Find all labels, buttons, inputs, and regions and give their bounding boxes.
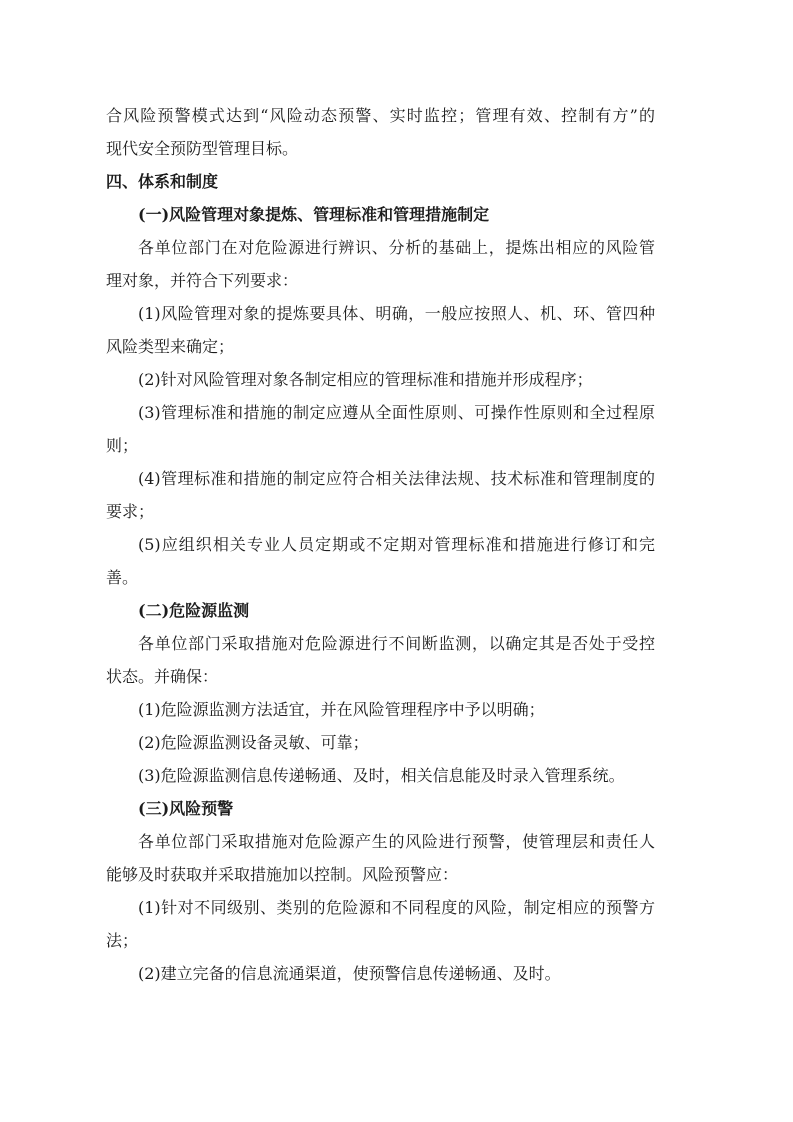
text-line: 则； [106,429,655,462]
text-line: 四、体系和制度 [106,165,655,198]
text-line: 各单位部门在对危险源进行辨识、分析的基础上，提炼出相应的风险管 [106,231,655,264]
paragraph: (1)风险管理对象的提炼要具体、明确，一般应按照人、机、环、管四种风险类型来确定… [106,297,655,363]
text-line: (2)危险源监测设备灵敏、可靠； [106,726,655,759]
document-page: 合风险预警模式达到“风险动态预警、实时监控；管理有效、控制有方”的现代安全预防型… [0,0,793,1122]
text-line: (2)针对风险管理对象各制定相应的管理标准和措施并形成程序； [106,363,655,396]
paragraph: (1)针对不同级别、类别的危险源和不同程度的风险，制定相应的预警方法； [106,891,655,957]
paragraph: 各单位部门采取措施对危险源产生的风险进行预警，使管理层和责任人能够及时获取并采取… [106,825,655,891]
text-line: (三)风险预警 [106,792,655,825]
section-heading: (三)风险预警 [106,792,655,825]
paragraph: (1)危险源监测方法适宜，并在风险管理程序中予以明确； [106,693,655,726]
paragraph: (3)管理标准和措施的制定应遵从全面性原则、可操作性原则和全过程原则； [106,396,655,462]
document-body: 合风险预警模式达到“风险动态预警、实时监控；管理有效、控制有方”的现代安全预防型… [106,99,655,990]
paragraph: (2)建立完备的信息流通渠道，使预警信息传递畅通、及时。 [106,957,655,990]
paragraph: (2)危险源监测设备灵敏、可靠； [106,726,655,759]
text-line: (二)危险源监测 [106,594,655,627]
paragraph: (4)管理标准和措施的制定应符合相关法律法规、技术标准和管理制度的要求； [106,462,655,528]
text-line: 合风险预警模式达到“风险动态预警、实时监控；管理有效、控制有方”的 [106,99,655,132]
section-heading: (一)风险管理对象提炼、管理标准和管理措施制定 [106,198,655,231]
text-line: 理对象，并符合下列要求： [106,264,655,297]
paragraph: (3)危险源监测信息传递畅通、及时，相关信息能及时录入管理系统。 [106,759,655,792]
text-line: (4)管理标准和措施的制定应符合相关法律法规、技术标准和管理制度的 [106,462,655,495]
paragraph: 各单位部门在对危险源进行辨识、分析的基础上，提炼出相应的风险管理对象，并符合下列… [106,231,655,297]
text-line: (2)建立完备的信息流通渠道，使预警信息传递畅通、及时。 [106,957,655,990]
paragraph: (2)针对风险管理对象各制定相应的管理标准和措施并形成程序； [106,363,655,396]
text-line: 状态。并确保： [106,660,655,693]
text-line: 能够及时获取并采取措施加以控制。风险预警应： [106,858,655,891]
text-line: 要求； [106,495,655,528]
text-line: 各单位部门采取措施对危险源进行不间断监测，以确定其是否处于受控 [106,627,655,660]
paragraph: 合风险预警模式达到“风险动态预警、实时监控；管理有效、控制有方”的现代安全预防型… [106,99,655,165]
text-line: (3)危险源监测信息传递畅通、及时，相关信息能及时录入管理系统。 [106,759,655,792]
text-line: 风险类型来确定； [106,330,655,363]
text-line: 善。 [106,561,655,594]
text-line: 各单位部门采取措施对危险源产生的风险进行预警，使管理层和责任人 [106,825,655,858]
text-line: (一)风险管理对象提炼、管理标准和管理措施制定 [106,198,655,231]
text-line: (3)管理标准和措施的制定应遵从全面性原则、可操作性原则和全过程原 [106,396,655,429]
text-line: (5)应组织相关专业人员定期或不定期对管理标准和措施进行修订和完 [106,528,655,561]
paragraph: 各单位部门采取措施对危险源进行不间断监测，以确定其是否处于受控状态。并确保： [106,627,655,693]
text-line: (1)危险源监测方法适宜，并在风险管理程序中予以明确； [106,693,655,726]
text-line: (1)针对不同级别、类别的危险源和不同程度的风险，制定相应的预警方 [106,891,655,924]
text-line: 现代安全预防型管理目标。 [106,132,655,165]
section-heading: (二)危险源监测 [106,594,655,627]
text-line: (1)风险管理对象的提炼要具体、明确，一般应按照人、机、环、管四种 [106,297,655,330]
section-heading: 四、体系和制度 [106,165,655,198]
text-line: 法； [106,924,655,957]
paragraph: (5)应组织相关专业人员定期或不定期对管理标准和措施进行修订和完善。 [106,528,655,594]
